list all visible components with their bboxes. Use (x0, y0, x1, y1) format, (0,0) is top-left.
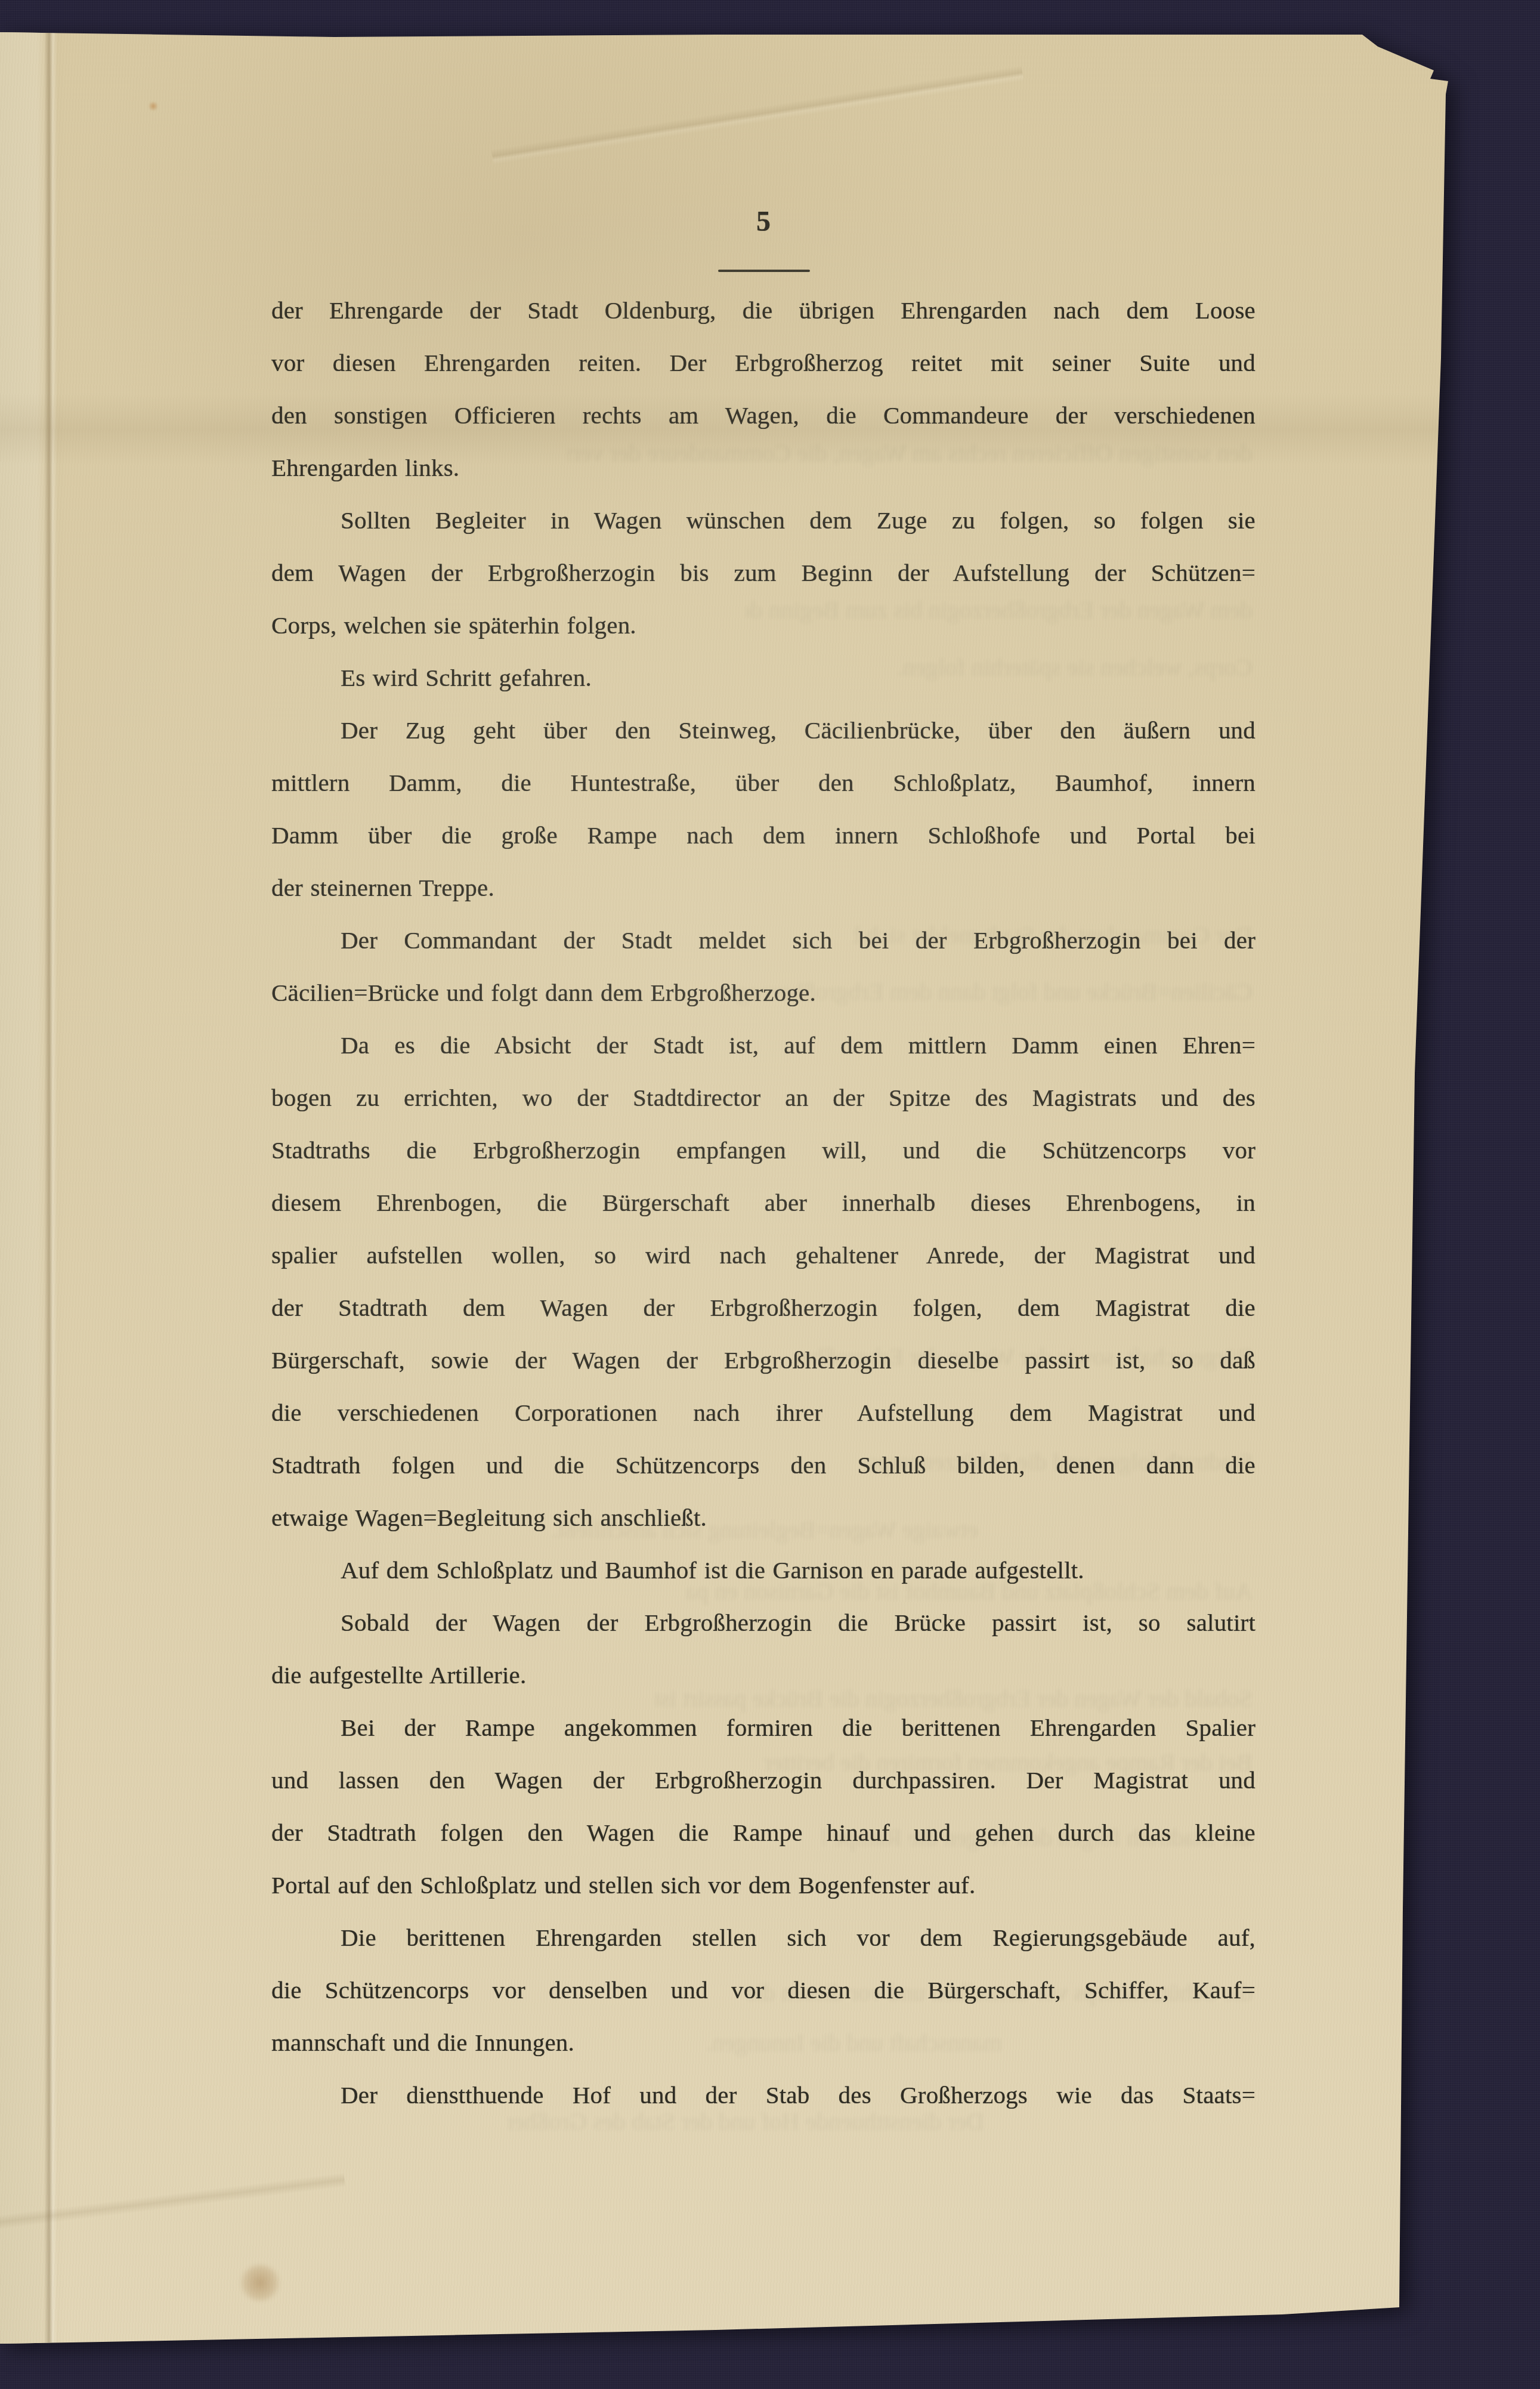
page-number-underline (718, 270, 810, 272)
fold-crease-diagonal-top (491, 66, 1024, 165)
text-line: der Stadtrath folgen den Wagen die Rampe… (271, 1806, 1255, 1859)
document-page: den sonstigen Officieren rechts am Wagen… (0, 0, 1540, 2389)
text-line: dem Wagen der Erbgroßherzogin bis zum Be… (271, 546, 1255, 599)
text-line: Bei der Rampe angekommen formiren die be… (271, 1701, 1255, 1754)
text-line: Bürgerschaft, sowie der Wagen der Erbgro… (271, 1334, 1255, 1386)
text-line: Da es die Absicht der Stadt ist, auf dem… (271, 1019, 1255, 1071)
text-line: bogen zu errichten, wo der Stadtdirector… (271, 1071, 1255, 1124)
document-page-wrap: den sonstigen Officieren rechts am Wagen… (0, 0, 1540, 2389)
text-line: und lassen den Wagen der Erbgroßherzogin… (271, 1754, 1255, 1806)
text-line: mannschaft und die Innungen. (271, 2016, 1255, 2069)
text-line: Die berittenen Ehrengarden stellen sich … (271, 1911, 1255, 1964)
text-line: vor diesen Ehrengarden reiten. Der Erbgr… (271, 336, 1255, 389)
text-line: Corps, welchen sie späterhin folgen. (271, 599, 1255, 651)
fold-crease-vertical (44, 32, 57, 2342)
photo-background: den sonstigen Officieren rechts am Wagen… (0, 0, 1540, 2389)
text-block: der Ehrengarde der Stadt Oldenburg, die … (271, 284, 1255, 2121)
text-line: Cäcilien=Brücke und folgt dann dem Erbgr… (271, 966, 1255, 1019)
text-line: Der dienstthuende Hof und der Stab des G… (271, 2069, 1255, 2121)
text-line: Der Commandant der Stadt meldet sich bei… (271, 914, 1255, 966)
paper-stain-large (240, 2264, 280, 2301)
text-line: Portal auf den Schloßplatz und stellen s… (271, 1859, 1255, 1911)
text-line: spalier aufstellen wollen, so wird nach … (271, 1229, 1255, 1281)
text-line: die aufgestellte Artillerie. (271, 1649, 1255, 1701)
text-line: Es wird Schritt gefahren. (271, 651, 1255, 704)
scan-photo: { "document": { "type": "printed-page-sc… (0, 0, 1540, 2389)
text-line: Der Zug geht über den Steinweg, Cäcilien… (271, 704, 1255, 756)
text-line: Stadtrath folgen und die Schützencorps d… (271, 1439, 1255, 1491)
text-line: die Schützencorps vor denselben und vor … (271, 1964, 1255, 2016)
text-line: Auf dem Schloßplatz und Baumhof ist die … (271, 1544, 1255, 1596)
text-line: mittlern Damm, die Huntestraße, über den… (271, 756, 1255, 809)
text-line: Stadtraths die Erbgroßherzogin empfangen… (271, 1124, 1255, 1176)
text-line: Sollten Begleiter in Wagen wünschen dem … (271, 494, 1255, 546)
text-line: etwaige Wagen=Begleitung sich anschließt… (271, 1491, 1255, 1544)
text-line: die verschiedenen Corporationen nach ihr… (271, 1386, 1255, 1439)
text-line: der Ehrengarde der Stadt Oldenburg, die … (271, 284, 1255, 336)
text-line: diesem Ehrenbogen, die Bürgerschaft aber… (271, 1176, 1255, 1229)
paper-stain-small (148, 101, 159, 111)
text-line: den sonstigen Officieren rechts am Wagen… (271, 389, 1255, 441)
text-line: der Stadtrath dem Wagen der Erbgroßherzo… (271, 1281, 1255, 1334)
text-line: Sobald der Wagen der Erbgroßherzogin die… (271, 1596, 1255, 1649)
page-number: 5 (271, 205, 1255, 238)
text-line: Ehrengarden links. (271, 441, 1255, 494)
text-line: Damm über die große Rampe nach dem inner… (271, 809, 1255, 861)
text-line: der steinernen Treppe. (271, 861, 1255, 914)
